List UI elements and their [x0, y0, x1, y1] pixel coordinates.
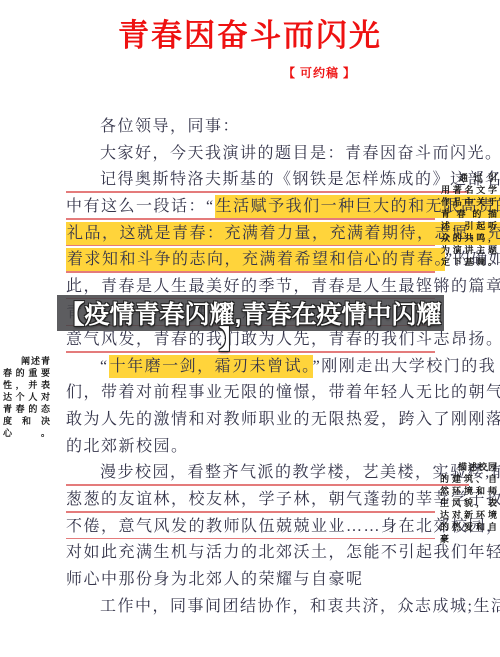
text-segment: 敢为人先的激情和对教师职业的无限热爱，跨入了刚刚落成: [66, 411, 500, 428]
highlighted-text: 十年磨一剑，霜刃未曾试。: [109, 355, 313, 378]
text-line: 葱葱的友谊林，校友林，学子林，朝气蓬勃的莘莘学子孜孜: [66, 487, 435, 514]
highlighted-text: 礼品，这就是青春：充满着力量，充满着期待，志愿，充满: [66, 222, 500, 245]
text-line: 意气风发，青春的我们敢为人先，青春的我们斗志昂扬。: [66, 327, 435, 354]
text-segment: ”刚刚走出大学校门的我: [313, 358, 497, 375]
text-segment: 葱葱的友谊林，校友林，学子林，朝气蓬勃的莘莘学子孜孜: [66, 491, 500, 508]
red-underline: [66, 245, 435, 247]
draft-tag: 【 可约稿 】: [283, 64, 356, 81]
highlighted-text: 着求知和斗争的志向，充满着希望和信心的青春。: [66, 248, 445, 271]
text-line: 各位领导，同事：: [66, 114, 435, 141]
text-segment: 的北郊新校园。: [66, 438, 189, 455]
document-page: 青春因奋斗而闪光 【 可约稿 】 各位领导，同事：大家好，今天我演讲的题目是：青…: [0, 0, 500, 657]
red-underline: [66, 271, 435, 273]
page-title: 青春因奋斗而闪光: [0, 10, 500, 55]
text-line: 不倦，意气风发的教师队伍兢兢业业……身在北郊校园，面: [66, 514, 435, 541]
text-line: 漫步校园，看整齐气派的教学楼，艺美楼，实验楼;郁郁: [66, 460, 435, 487]
red-underline: [66, 511, 435, 513]
text-segment: 工作中，同事间团结协作，和衷共济，众志成城;生活中，: [100, 598, 500, 615]
text-line: 们，带着对前程事业无限的憧憬，带着年轻人无比的朝气，: [66, 380, 435, 407]
text-line: 着求知和斗争的志向，充满着希望和信心的青春。”的确如: [66, 247, 435, 274]
text-line: 记得奥斯特洛夫斯基的《钢铁是怎样炼成的》这部名著: [66, 167, 435, 194]
watermark-overlay: 【疫情青春闪耀,青春在疫情中闪耀: [57, 295, 444, 331]
text-line: 敢为人先的激情和对教师职业的无限热爱，跨入了刚刚落成: [66, 407, 435, 434]
text-segment: 师心中那份身为北郊人的荣耀与自豪呢: [66, 571, 364, 588]
red-underline: [66, 538, 435, 540]
red-underline: [66, 351, 435, 353]
text-segment: 各位领导，同事：: [100, 118, 240, 135]
text-line: “十年磨一剑，霜刃未曾试。”刚刚走出大学校门的我: [66, 354, 435, 381]
watermark-text: 【疫情青春闪耀,青春在疫情中闪耀: [60, 295, 442, 331]
red-underline: [66, 484, 469, 486]
text-line: 工作中，同事间团结协作，和衷共济，众志成城;生活中，: [66, 594, 435, 621]
text-segment: “: [100, 358, 109, 375]
text-segment: 中有这么一段话：“: [66, 198, 215, 215]
text-line: 师心中那份身为北郊人的荣耀与自豪呢: [66, 567, 435, 594]
margin-note-right-1: 通过引用著名文学作品中关于青春的描述，引起听众的共鸣，为演讲主题定下基调。: [441, 172, 498, 268]
margin-note-left-1: 阐述青春的重要性，并表达个人对青春的态度和决心。: [3, 355, 51, 439]
margin-note-right-2: 描述校园的建筑、自然环境和师生风貌，表达对新环境的热爱和自豪: [440, 461, 498, 545]
text-segment: 记得奥斯特洛夫斯基的《钢铁是怎样炼成的》这部名著: [100, 171, 500, 188]
text-segment: 意气风发，青春的我们敢为人先，青春的我们斗志昂扬。: [66, 331, 500, 348]
red-underline: [66, 191, 469, 193]
text-segment: 们，带着对前程事业无限的憧憬，带着年轻人无比的朝气，: [66, 384, 500, 401]
text-line: 大家好，今天我演讲的题目是：青春因奋斗而闪光。: [66, 141, 435, 168]
red-underline: [66, 218, 435, 220]
text-line: 礼品，这就是青春：充满着力量，充满着期待，志愿，充满: [66, 221, 435, 248]
text-segment: 不倦，意气风发的教师队伍兢兢业业……身在北郊校园，面: [66, 518, 500, 535]
body-text: 各位领导，同事：大家好，今天我演讲的题目是：青春因奋斗而闪光。记得奥斯特洛夫斯基…: [66, 114, 435, 620]
text-segment: 大家好，今天我演讲的题目是：青春因奋斗而闪光。: [100, 145, 500, 162]
text-segment: 对如此充满生机与活力的北郊沃土，怎能不引起我们年轻教: [66, 544, 500, 561]
watermark-closing-bracket: 】: [219, 320, 244, 356]
text-line: 的北郊新校园。: [66, 434, 435, 461]
text-segment: 此，青春是人生最美好的季节，青春是人生最铿锵的篇章，: [66, 278, 500, 295]
text-line: 中有这么一段话：“生活赋予我们一种巨大的和无限高贵的: [66, 194, 435, 221]
text-line: 对如此充满生机与活力的北郊沃土，怎能不引起我们年轻教: [66, 540, 435, 567]
